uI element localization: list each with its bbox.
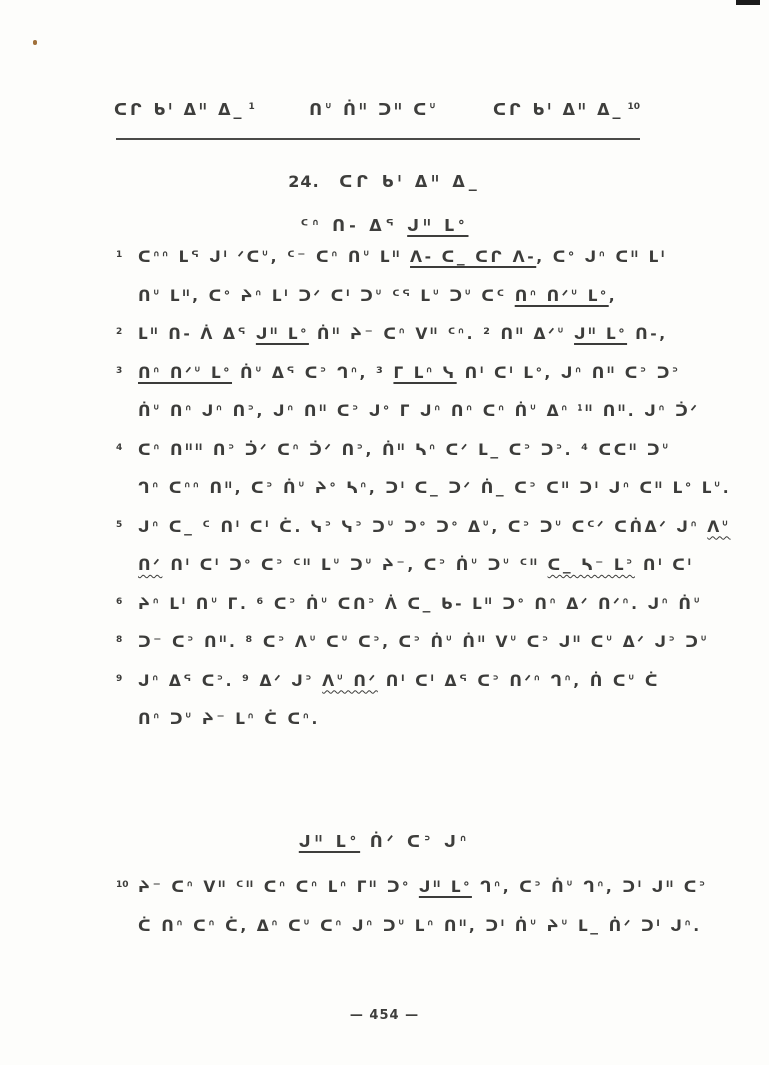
text-run: ᑕᐢ ᑎᐦᐦ ᑎᐣ ᑑᐟ ᑕᐢ ᑑᐟ ᑎᐣ, ᑏᐦ ᓴᐢ ᑕᐟ ᒪ_ ᑕᐣ ᑐᐣ… bbox=[138, 441, 671, 459]
text-run: ᒍᐢ ᐃᕐ ᑕᐣ. ⁹ ᐃᐟ ᒍᐣ bbox=[138, 672, 322, 690]
text-line: ᑎᐡ ᒪᐦ, ᑕᐤ ᔨᐢ ᒪᑊ ᑐᐟ ᑕᑊ ᑐᐡ ᑦᕐ ᒪᐡ ᑐᐡ ᑕᑦ ᑎᐢ … bbox=[116, 277, 644, 316]
body-text-block-2: 10ᔨ⁻ ᑕᐢ ᐯᐦ ᑦᐦ ᑕᐢ ᑕᐢ ᒪᐢ ᒥᐦ ᑐᐤ ᒍᐦ ᒪᐤ ᒉᐢ, ᑕ… bbox=[116, 868, 644, 945]
text-line: ᑏᐡ ᑎᐢ ᒍᐢ ᑎᐣ, ᒍᐢ ᑎᐦ ᑕᐣ ᒍᐤ ᒥ ᒍᐢ ᑎᐢ ᑕᐢ ᑏᐡ ᐃ… bbox=[116, 392, 644, 431]
text-line: 5ᒍᐢ ᑕ_ ᑦ ᑎᑊ ᑕᑊ ᑖ. ᓭᐣ ᓭᐣ ᑐᐡ ᑐᐤ ᑐᐤ ᐃᐡ, ᑕᐣ … bbox=[116, 508, 644, 547]
line-text: ᑕᐢ ᑎᐦᐦ ᑎᐣ ᑑᐟ ᑕᐢ ᑑᐟ ᑎᐣ, ᑏᐦ ᓴᐢ ᑕᐟ ᒪ_ ᑕᐣ ᑐᐣ… bbox=[138, 431, 671, 470]
line-text: ᑖ ᑎᐢ ᑕᐢ ᑖ, ᐃᐢ ᑕᐡ ᑕᐢ ᒍᐢ ᑐᐡ ᒪᐢ ᑎᐦ, ᑐᑊ ᑏᐡ ᔨ… bbox=[138, 907, 702, 946]
underlined-word: ᐱᐡ ᑎᐟ bbox=[322, 672, 378, 690]
chapter-number: 24. bbox=[288, 172, 319, 191]
text-line: ᑖ ᑎᐢ ᑕᐢ ᑖ, ᐃᐢ ᑕᐡ ᑕᐢ ᒍᐢ ᑐᐡ ᒪᐢ ᑎᐦ, ᑐᑊ ᑏᐡ ᔨ… bbox=[116, 907, 644, 946]
line-text: ᔨᐢ ᒪᑊ ᑎᐡ ᒥ. ⁶ ᑕᐣ ᑏᐡ ᑕᑎᐣ ᐲ ᑕ_ ᑲ- ᒪᐦ ᑐᐤ ᑎᐢ… bbox=[138, 585, 702, 624]
line-text: ᔨ⁻ ᑕᐢ ᐯᐦ ᑦᐦ ᑕᐢ ᑕᐢ ᒪᐢ ᒥᐦ ᑐᐤ ᒍᐦ ᒪᐤ ᒉᐢ, ᑕᐣ … bbox=[138, 868, 708, 907]
text-line: 2ᒪᐦ ᑎ- ᐲ ᐃᕐ ᒍᐦ ᒪᐤ ᑏᐦ ᔨ⁻ ᑕᐢ ᐯᐦ ᑦᐢ. ² ᑎᐦ ᐃ… bbox=[116, 315, 644, 354]
text-line: 6ᔨᐢ ᒪᑊ ᑎᐡ ᒥ. ⁶ ᑕᐣ ᑏᐡ ᑕᑎᐣ ᐲ ᑕ_ ᑲ- ᒪᐦ ᑐᐤ ᑎ… bbox=[116, 585, 644, 624]
text-run: ᑎᐡ ᒪᐦ, ᑕᐤ ᔨᐢ ᒪᑊ ᑐᐟ ᑕᑊ ᑐᐡ ᑦᕐ ᒪᐡ ᑐᐡ ᑕᑦ bbox=[138, 287, 515, 305]
underlined-word: ᒍᐦ ᒪᐤ bbox=[419, 878, 472, 896]
line-text: ᑏᐡ ᑎᐢ ᒍᐢ ᑎᐣ, ᒍᐢ ᑎᐦ ᑕᐣ ᒍᐤ ᒥ ᒍᐢ ᑎᐢ ᑕᐢ ᑏᐡ ᐃ… bbox=[138, 392, 700, 431]
line-text: ᑎᐢ ᑎᐟᐡ ᒪᐤ ᑏᐡ ᐃᕐ ᑕᐣ ᒉᐢ, ³ ᒥ ᒪᐢ ᓭ ᑎᑊ ᑕᑊ ᒪᐤ… bbox=[138, 354, 681, 393]
text-run: , ᑕᐤ ᒍᐢ ᑕᐦ ᒪᑊ bbox=[536, 248, 667, 266]
scan-speck bbox=[33, 40, 37, 45]
verse-number: 5 bbox=[116, 506, 122, 545]
line-text: ᒪᐦ ᑎ- ᐲ ᐃᕐ ᒍᐦ ᒪᐤ ᑏᐦ ᔨ⁻ ᑕᐢ ᐯᐦ ᑦᐢ. ² ᑎᐦ ᐃᐟ… bbox=[138, 315, 668, 354]
text-run: ᑏᐡ ᑎᐢ ᒍᐢ ᑎᐣ, ᒍᐢ ᑎᐦ ᑕᐣ ᒍᐤ ᒥ ᒍᐢ ᑎᐢ ᑕᐢ ᑏᐡ ᐃ… bbox=[138, 402, 700, 420]
text-line: ᑎᐢ ᑐᐡ ᔨ⁻ ᒪᐢ ᑖ ᑕᐢ. bbox=[116, 700, 644, 739]
text-line: 3ᑎᐢ ᑎᐟᐡ ᒪᐤ ᑏᐡ ᐃᕐ ᑕᐣ ᒉᐢ, ³ ᒥ ᒪᐢ ᓭ ᑎᑊ ᑕᑊ ᒪ… bbox=[116, 354, 644, 393]
text-line: 4ᑕᐢ ᑎᐦᐦ ᑎᐣ ᑑᐟ ᑕᐢ ᑑᐟ ᑎᐣ, ᑏᐦ ᓴᐢ ᑕᐟ ᒪ_ ᑕᐣ ᑐ… bbox=[116, 431, 644, 470]
text-run: ᑖ ᑎᐢ ᑕᐢ ᑖ, ᐃᐢ ᑕᐡ ᑕᐢ ᒍᐢ ᑐᐡ ᒪᐢ ᑎᐦ, ᑐᑊ ᑏᐡ ᔨ… bbox=[138, 917, 702, 935]
running-head: ᑕᒋ ᑲᑊ ᐃᐦ ᐃ_1 ᑎᐡ ᑏᐦ ᑐᐦ ᑕᐡ ᑕᒋ ᑲᑊ ᐃᐦ ᐃ_10 bbox=[114, 100, 640, 119]
line-text: ᑎᐡ ᒪᐦ, ᑕᐤ ᔨᐢ ᒪᑊ ᑐᐟ ᑕᑊ ᑐᐡ ᑦᕐ ᒪᐡ ᑐᐡ ᑕᑦ ᑎᐢ … bbox=[138, 277, 617, 316]
verse-number: 8 bbox=[116, 621, 122, 660]
underlined-word: ᑎᐢ ᑎᐟᐡ ᒪᐤ bbox=[138, 364, 232, 382]
text-line: ᒉᐢ ᑕᐢᐢ ᑎᐦ, ᑕᐣ ᑏᐡ ᔨᐤ ᓴᐢ, ᑐᑊ ᑕ_ ᑐᐟ ᑏ_ ᑕᐣ ᑕ… bbox=[116, 469, 644, 508]
text-line: ᑎᐟ ᑎᑊ ᑕᑊ ᑐᐤ ᑕᐣ ᑦᐦ ᒪᐡ ᑐᐡ ᔨ⁻, ᑕᐣ ᑏᐡ ᑐᐡ ᑦᐦ … bbox=[116, 546, 644, 585]
text-run: ᑕᐢᐢ ᒪᕐ ᒍᑊ ᐟᑕᐡ, ᑦ⁻ ᑕᐢ ᑎᐡ ᒪᐦ bbox=[138, 248, 410, 266]
text-run: ᒉᐢ, ᑕᐣ ᑏᐡ ᒉᐢ, ᑐᑊ ᒍᐦ ᑕᐣ bbox=[472, 878, 708, 896]
text-run: ᑎᑊ ᑕᑊ ᐃᕐ ᑕᐣ ᑎᐟᐢ ᒉᐢ, ᑏ ᑕᐡ ᑖ bbox=[378, 672, 660, 690]
verse-number: 2 bbox=[116, 313, 122, 352]
section-subtitle-2: ᒍᐦ ᒪᐤ ᑏᐟ ᑕᐣ ᒍᐢ bbox=[0, 832, 769, 851]
text-run: ᑏᐡ ᐃᕐ ᑕᐣ ᒉᐢ, ³ bbox=[232, 364, 393, 382]
verse-number: 1 bbox=[116, 236, 122, 275]
chapter-title: 24. ᑕᒋ ᑲᑊ ᐃᐦ ᐃ_ bbox=[0, 172, 769, 191]
text-run: ᒍᐢ ᑕ_ ᑦ ᑎᑊ ᑕᑊ ᑖ. ᓭᐣ ᓭᐣ ᑐᐡ ᑐᐤ ᑐᐤ ᐃᐡ, ᑕᐣ ᑐ… bbox=[138, 518, 707, 536]
underlined-word: ᒍᐦ ᒪᐤ bbox=[256, 325, 309, 343]
line-text: ᑐ⁻ ᑕᐣ ᑎᐦ. ⁸ ᑕᐣ ᐱᐡ ᑕᐡ ᑕᐣ, ᑕᐣ ᑏᐡ ᑏᐦ ᐯᐡ ᑕᐣ … bbox=[138, 623, 709, 662]
text-run: ᑎᐢ ᑐᐡ ᔨ⁻ ᒪᐢ ᑖ ᑕᐢ. bbox=[138, 710, 320, 728]
line-text: ᑕᐢᐢ ᒪᕐ ᒍᑊ ᐟᑕᐡ, ᑦ⁻ ᑕᐢ ᑎᐡ ᒪᐦ ᐱ- ᑕ_ ᑕᒋ ᐱ-, … bbox=[138, 238, 667, 277]
body-text-block: 1ᑕᐢᐢ ᒪᕐ ᒍᑊ ᐟᑕᐡ, ᑦ⁻ ᑕᐢ ᑎᐡ ᒪᐦ ᐱ- ᑕ_ ᑕᒋ ᐱ-,… bbox=[116, 238, 644, 739]
text-line: 8ᑐ⁻ ᑕᐣ ᑎᐦ. ⁸ ᑕᐣ ᐱᐡ ᑕᐡ ᑕᐣ, ᑕᐣ ᑏᐡ ᑏᐦ ᐯᐡ ᑕᐣ… bbox=[116, 623, 644, 662]
header-rule bbox=[116, 138, 640, 140]
text-run: ᒪᐦ ᑎ- ᐲ ᐃᕐ bbox=[138, 325, 256, 343]
line-text: ᑎᐟ ᑎᑊ ᑕᑊ ᑐᐤ ᑕᐣ ᑦᐦ ᒪᐡ ᑐᐡ ᔨ⁻, ᑕᐣ ᑏᐡ ᑐᐡ ᑦᐦ … bbox=[138, 546, 694, 585]
text-line: 9ᒍᐢ ᐃᕐ ᑕᐣ. ⁹ ᐃᐟ ᒍᐣ ᐱᐡ ᑎᐟ ᑎᑊ ᑕᑊ ᐃᕐ ᑕᐣ ᑎᐟᐢ… bbox=[116, 662, 644, 701]
verse-number: 10 bbox=[116, 866, 129, 905]
running-head-right: ᑕᒋ ᑲᑊ ᐃᐦ ᐃ_10 bbox=[493, 100, 640, 119]
line-text: ᒉᐢ ᑕᐢᐢ ᑎᐦ, ᑕᐣ ᑏᐡ ᔨᐤ ᓴᐢ, ᑐᑊ ᑕ_ ᑐᐟ ᑏ_ ᑕᐣ ᑕ… bbox=[138, 469, 731, 508]
verse-number: 3 bbox=[116, 352, 122, 391]
text-line: 1ᑕᐢᐢ ᒪᕐ ᒍᑊ ᐟᑕᐡ, ᑦ⁻ ᑕᐢ ᑎᐡ ᒪᐦ ᐱ- ᑕ_ ᑕᒋ ᐱ-,… bbox=[116, 238, 644, 277]
running-head-center: ᑎᐡ ᑏᐦ ᑐᐦ ᑕᐡ bbox=[309, 100, 438, 119]
text-run: ᑐ⁻ ᑕᐣ ᑎᐦ. ⁸ ᑕᐣ ᐱᐡ ᑕᐡ ᑕᐣ, ᑕᐣ ᑏᐡ ᑏᐦ ᐯᐡ ᑕᐣ … bbox=[138, 633, 709, 651]
text-run: ᑎ-, bbox=[627, 325, 668, 343]
running-head-left: ᑕᒋ ᑲᑊ ᐃᐦ ᐃ_1 bbox=[114, 100, 255, 119]
text-run: , bbox=[609, 287, 618, 305]
scan-edge-mark bbox=[736, 0, 760, 5]
verse-number: 4 bbox=[116, 429, 122, 468]
text-run: ᒉᐢ ᑕᐢᐢ ᑎᐦ, ᑕᐣ ᑏᐡ ᔨᐤ ᓴᐢ, ᑐᑊ ᑕ_ ᑐᐟ ᑏ_ ᑕᐣ ᑕ… bbox=[138, 479, 731, 497]
verse-number: 6 bbox=[116, 583, 122, 622]
text-run: ᑎᑊ ᑕᑊ bbox=[635, 556, 694, 574]
underlined-word: ᑎᐟ bbox=[138, 556, 162, 574]
underlined-word: ᒍᐦ ᒪᐤ bbox=[574, 325, 627, 343]
text-run: ᔨ⁻ ᑕᐢ ᐯᐦ ᑦᐦ ᑕᐢ ᑕᐢ ᒪᐢ ᒥᐦ ᑐᐤ bbox=[138, 878, 419, 896]
section-subtitle: ᑦᐢ ᑎ- ᐃᕐ ᒍᐦ ᒪᐤ bbox=[0, 216, 769, 235]
text-run: ᔨᐢ ᒪᑊ ᑎᐡ ᒥ. ⁶ ᑕᐣ ᑏᐡ ᑕᑎᐣ ᐲ ᑕ_ ᑲ- ᒪᐦ ᑐᐤ ᑎᐢ… bbox=[138, 595, 702, 613]
underlined-word: ᐱᐡ bbox=[707, 518, 730, 536]
line-text: ᒍᐢ ᐃᕐ ᑕᐣ. ⁹ ᐃᐟ ᒍᐣ ᐱᐡ ᑎᐟ ᑎᑊ ᑕᑊ ᐃᕐ ᑕᐣ ᑎᐟᐢ … bbox=[138, 662, 660, 701]
page-number: — 454 — bbox=[0, 1008, 769, 1023]
text-run: ᑎᑊ ᑕᑊ ᑐᐤ ᑕᐣ ᑦᐦ ᒪᐡ ᑐᐡ ᔨ⁻, ᑕᐣ ᑏᐡ ᑐᐡ ᑦᐦ bbox=[162, 556, 547, 574]
chapter-title-text: ᑕᒋ ᑲᑊ ᐃᐦ ᐃ_ bbox=[339, 172, 480, 191]
underlined-word: ᑎᐢ ᑎᐟᐡ ᒪᐤ bbox=[515, 287, 609, 305]
underlined-word: ᑕ_ ᓴ⁻ ᒪᐣ bbox=[548, 556, 635, 574]
text-run: ᑎᑊ ᑕᑊ ᒪᐤ, ᒍᐢ ᑎᐦ ᑕᐣ ᑐᐣ bbox=[457, 364, 681, 382]
underlined-word: ᐱ- ᑕ_ ᑕᒋ ᐱ- bbox=[410, 248, 536, 266]
line-text: ᒍᐢ ᑕ_ ᑦ ᑎᑊ ᑕᑊ ᑖ. ᓭᐣ ᓭᐣ ᑐᐡ ᑐᐤ ᑐᐤ ᐃᐡ, ᑕᐣ ᑐ… bbox=[138, 508, 731, 547]
underlined-word: ᒥ ᒪᐢ ᓭ bbox=[393, 364, 456, 382]
text-run: ᑏᐦ ᔨ⁻ ᑕᐢ ᐯᐦ ᑦᐢ. ² ᑎᐦ ᐃᐟᐡ bbox=[309, 325, 574, 343]
text-line: 10ᔨ⁻ ᑕᐢ ᐯᐦ ᑦᐦ ᑕᐢ ᑕᐢ ᒪᐢ ᒥᐦ ᑐᐤ ᒍᐦ ᒪᐤ ᒉᐢ, ᑕ… bbox=[116, 868, 644, 907]
verse-number: 9 bbox=[116, 660, 122, 699]
line-text: ᑎᐢ ᑐᐡ ᔨ⁻ ᒪᐢ ᑖ ᑕᐢ. bbox=[138, 700, 320, 739]
